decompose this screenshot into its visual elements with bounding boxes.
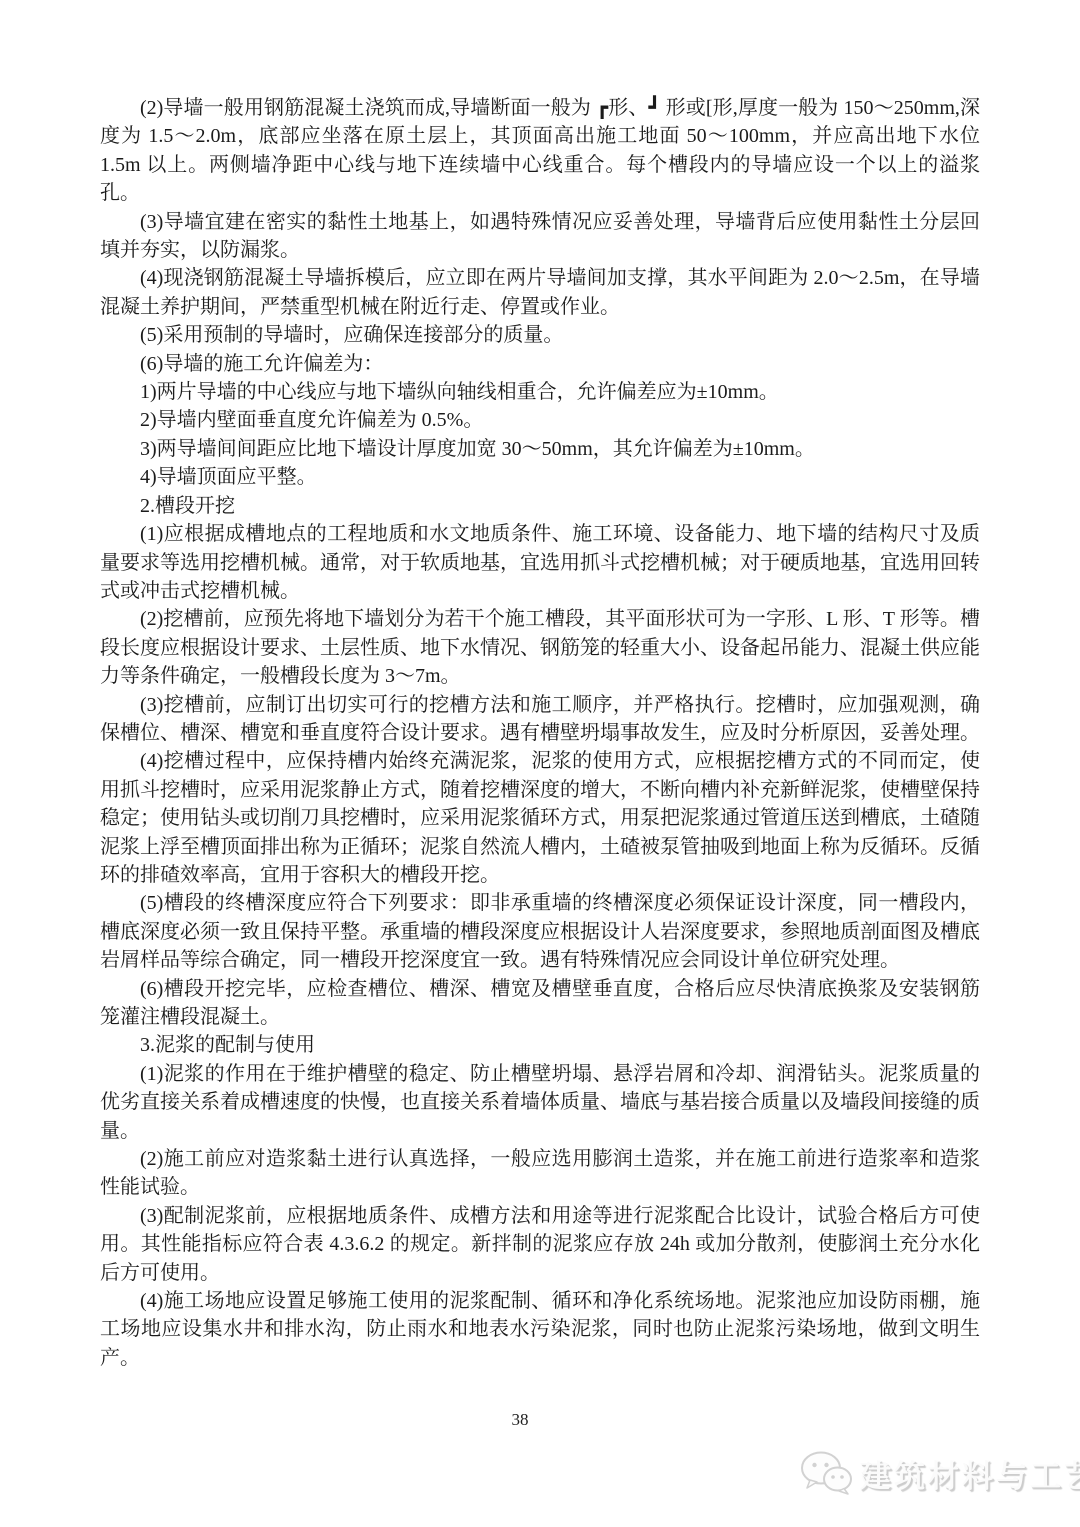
document-page: (2)导墙一般用钢筋混凝土浇筑而成,导墙断面一般为 ┏形、┛ 形或[形,厚度一般… <box>0 0 1080 1527</box>
paragraph: (5)槽段的终槽深度应符合下列要求：即非承重墙的终槽深度必须保证设计深度，同一槽… <box>100 889 980 974</box>
wechat-logo-icon <box>800 1450 852 1496</box>
page-number: 38 <box>0 1410 1040 1430</box>
watermark-label: 建筑材料与工艺 <box>860 1451 1080 1496</box>
paragraph: (4)现浇钢筋混凝土导墙拆模后，应立即在两片导墙间加支撑，其水平间距为 2.0～… <box>100 264 980 321</box>
paragraph: (2)挖槽前，应预先将地下墙划分为若干个施工槽段，其平面形状可为一字形、L 形、… <box>100 605 980 690</box>
paragraph: 2.槽段开挖 <box>100 492 980 520</box>
paragraph: (3)配制泥浆前，应根据地质条件、成槽方法和用途等进行泥浆配合比设计，试验合格后… <box>100 1202 980 1287</box>
paragraph: (3)导墙宜建在密实的黏性土地基上，如遇特殊情况应妥善处理，导墙背后应使用黏性土… <box>100 208 980 265</box>
paragraph: 2)导墙内壁面垂直度允许偏差为 0.5%。 <box>100 406 980 434</box>
paragraph: (2)导墙一般用钢筋混凝土浇筑而成,导墙断面一般为 ┏形、┛ 形或[形,厚度一般… <box>100 94 980 208</box>
paragraph: 3)两导墙间间距应比地下墙设计厚度加宽 30～50mm，其允许偏差为±10mm。 <box>100 435 980 463</box>
paragraph: 4)导墙顶面应平整。 <box>100 463 980 491</box>
watermark: 建筑材料与工艺 <box>800 1450 1080 1496</box>
paragraph: (6)导墙的施工允许偏差为： <box>100 350 980 378</box>
paragraph: (6)槽段开挖完毕，应检查槽位、槽深、槽宽及槽壁垂直度，合格后应尽快清底换浆及安… <box>100 975 980 1032</box>
paragraph: 3.泥浆的配制与使用 <box>100 1031 980 1059</box>
paragraph: (5)采用预制的导墙时，应确保连接部分的质量。 <box>100 321 980 349</box>
paragraph: (2)施工前应对造浆黏土进行认真选择，一般应选用膨润土造浆，并在施工前进行造浆率… <box>100 1145 980 1202</box>
document-body: (2)导墙一般用钢筋混凝土浇筑而成,导墙断面一般为 ┏形、┛ 形或[形,厚度一般… <box>100 94 980 1372</box>
paragraph: (4)挖槽过程中，应保持槽内始终充满泥浆，泥浆的使用方式，应根据挖槽方式的不同而… <box>100 747 980 889</box>
paragraph: (3)挖槽前，应制订出切实可行的挖槽方法和施工顺序，并严格执行。挖槽时，应加强观… <box>100 691 980 748</box>
paragraph: (4)施工场地应设置足够施工使用的泥浆配制、循环和净化系统场地。泥浆池应加设防雨… <box>100 1287 980 1372</box>
paragraph: 1)两片导墙的中心线应与地下墙纵向轴线相重合，允许偏差应为±10mm。 <box>100 378 980 406</box>
paragraph: (1)泥浆的作用在于维护槽壁的稳定、防止槽壁坍塌、悬浮岩屑和冷却、润滑钻头。泥浆… <box>100 1060 980 1145</box>
paragraph: (1)应根据成槽地点的工程地质和水文地质条件、施工环境、设备能力、地下墙的结构尺… <box>100 520 980 605</box>
